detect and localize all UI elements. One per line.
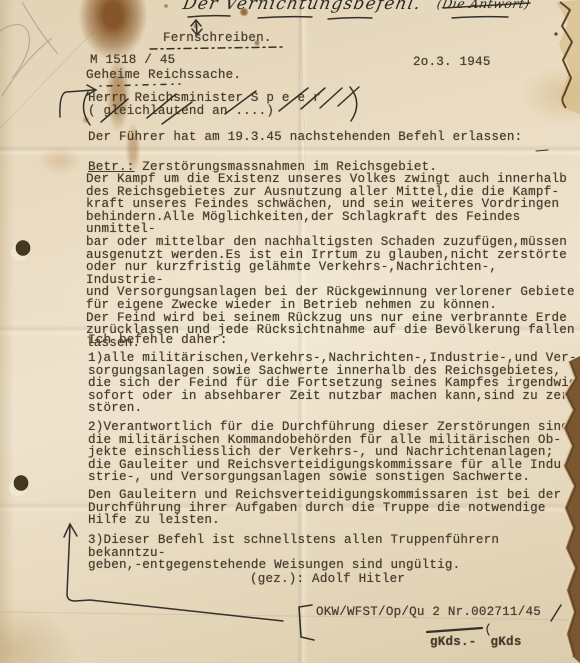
classification-line: Geheime Reichssache. xyxy=(86,69,241,82)
title-underline xyxy=(188,16,230,17)
addressee-block: Herrn Reichsminister S p e e r ( gleichl… xyxy=(88,92,321,117)
order-item-3: 3)Dieser Befehl ist schnellstens allen T… xyxy=(88,534,580,572)
footer-slash xyxy=(551,605,561,621)
handwritten-title: Der Vernichtungsbefehl. xyxy=(181,0,423,14)
signature-line: (gez.): Adolf Hitler xyxy=(250,573,405,586)
footer-reference: OKW/WFST/Op/Qu 2 Nr.002711/45 xyxy=(316,606,541,619)
pencil-scribbles xyxy=(0,2,58,96)
order-intro: Ich befehle daher: xyxy=(88,334,228,347)
punch-holes xyxy=(9,241,30,497)
main-paragraph: Der Kampf um die Existenz unseres Volkes… xyxy=(86,173,580,349)
document-date: 2o.3. 1945 xyxy=(413,56,491,69)
order-item-1: 1)alle militärischen,Verkehrs-,Nachricht… xyxy=(88,352,577,415)
footer-bracket xyxy=(299,605,314,640)
subject-line: Betr.: Zerstörungsmassnahmen im Reichsge… xyxy=(88,148,437,173)
footer-classification: gKds.-gKds xyxy=(430,623,522,648)
reference-number: M 1518 / 45 xyxy=(90,54,175,67)
dash-dot-mark xyxy=(100,84,180,86)
handwritten-crossed-note: (Die Antwort) xyxy=(436,0,532,11)
hand-paren-right xyxy=(350,87,357,121)
footer-class: gKds xyxy=(491,635,522,649)
telex-label: Fernschreiben. xyxy=(163,32,272,45)
footer-class-struck: gKds.- xyxy=(430,635,477,649)
order-item-2: 2)Verantwortlich für die Durchführung di… xyxy=(88,421,569,484)
telex-underline xyxy=(150,47,285,49)
torn-edge-top xyxy=(554,0,580,114)
document-page: Der Vernichtungsbefehl. (Die Antwort) Fe… xyxy=(0,0,580,663)
gauleiter-paragraph: Den Gauleitern und Reichsverteidigungsko… xyxy=(88,489,561,527)
intro-line: Der Führer hat am 19.3.45 nachstehenden … xyxy=(88,131,522,144)
